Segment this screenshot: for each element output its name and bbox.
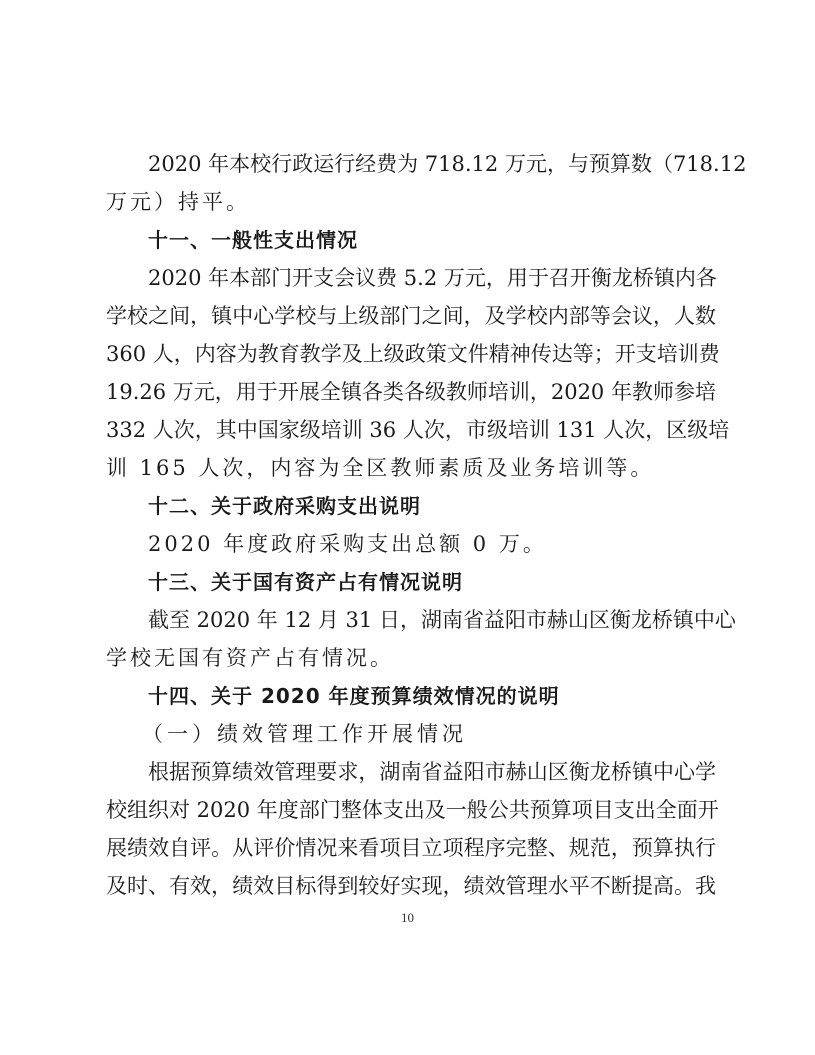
section-heading-11: 十一、一般性支出情况	[148, 225, 716, 255]
section-heading-13: 十三、关于国有资产占有情况说明	[148, 567, 716, 597]
paragraph-line: 截至 2020 年 12 月 31 日，湖南省益阳市赫山区衡龙桥镇中心	[148, 605, 716, 635]
section-heading-14: 十四、关于 2020 年度预算绩效情况的说明	[148, 681, 716, 711]
paragraph-line: 2020 年度政府采购支出总额 0 万。	[148, 529, 716, 559]
paragraph-line: 360 人，内容为教育教学及上级政策文件精神传达等；开支培训费	[106, 339, 716, 369]
paragraph-line: 2020 年本校行政运行经费为 718.12 万元，与预算数（718.12	[148, 149, 716, 179]
subsection-heading: （一）绩效管理工作开展情况	[142, 719, 710, 749]
document-page: 2020 年本校行政运行经费为 718.12 万元，与预算数（718.12 万元…	[0, 0, 815, 1055]
paragraph-line: 及时、有效，绩效目标得到较好实现，绩效管理水平不断提高。我	[106, 871, 716, 901]
paragraph-line: 19.26 万元，用于开展全镇各类各级教师培训，2020 年教师参培	[106, 377, 716, 407]
paragraph-line: 校组织对 2020 年度部门整体支出及一般公共预算项目支出全面开	[106, 795, 716, 825]
page-number: 10	[0, 910, 815, 926]
paragraph-line: 学校之间，镇中心学校与上级部门之间，及学校内部等会议，人数	[106, 301, 716, 331]
section-heading-12: 十二、关于政府采购支出说明	[148, 491, 716, 521]
paragraph-line: 2020 年本部门开支会议费 5.2 万元，用于召开衡龙桥镇内各	[148, 263, 716, 293]
paragraph-line: 万元）持平。	[106, 187, 716, 217]
paragraph-line: 学校无国有资产占有情况。	[106, 643, 716, 673]
paragraph-line: 根据预算绩效管理要求，湖南省益阳市赫山区衡龙桥镇中心学	[148, 757, 716, 787]
paragraph-line: 展绩效自评。从评价情况来看项目立项程序完整、规范，预算执行	[106, 833, 716, 863]
paragraph-line: 332 人次，其中国家级培训 36 人次，市级培训 131 人次，区级培	[106, 415, 716, 445]
paragraph-line: 训 165 人次，内容为全区教师素质及业务培训等。	[106, 453, 716, 483]
